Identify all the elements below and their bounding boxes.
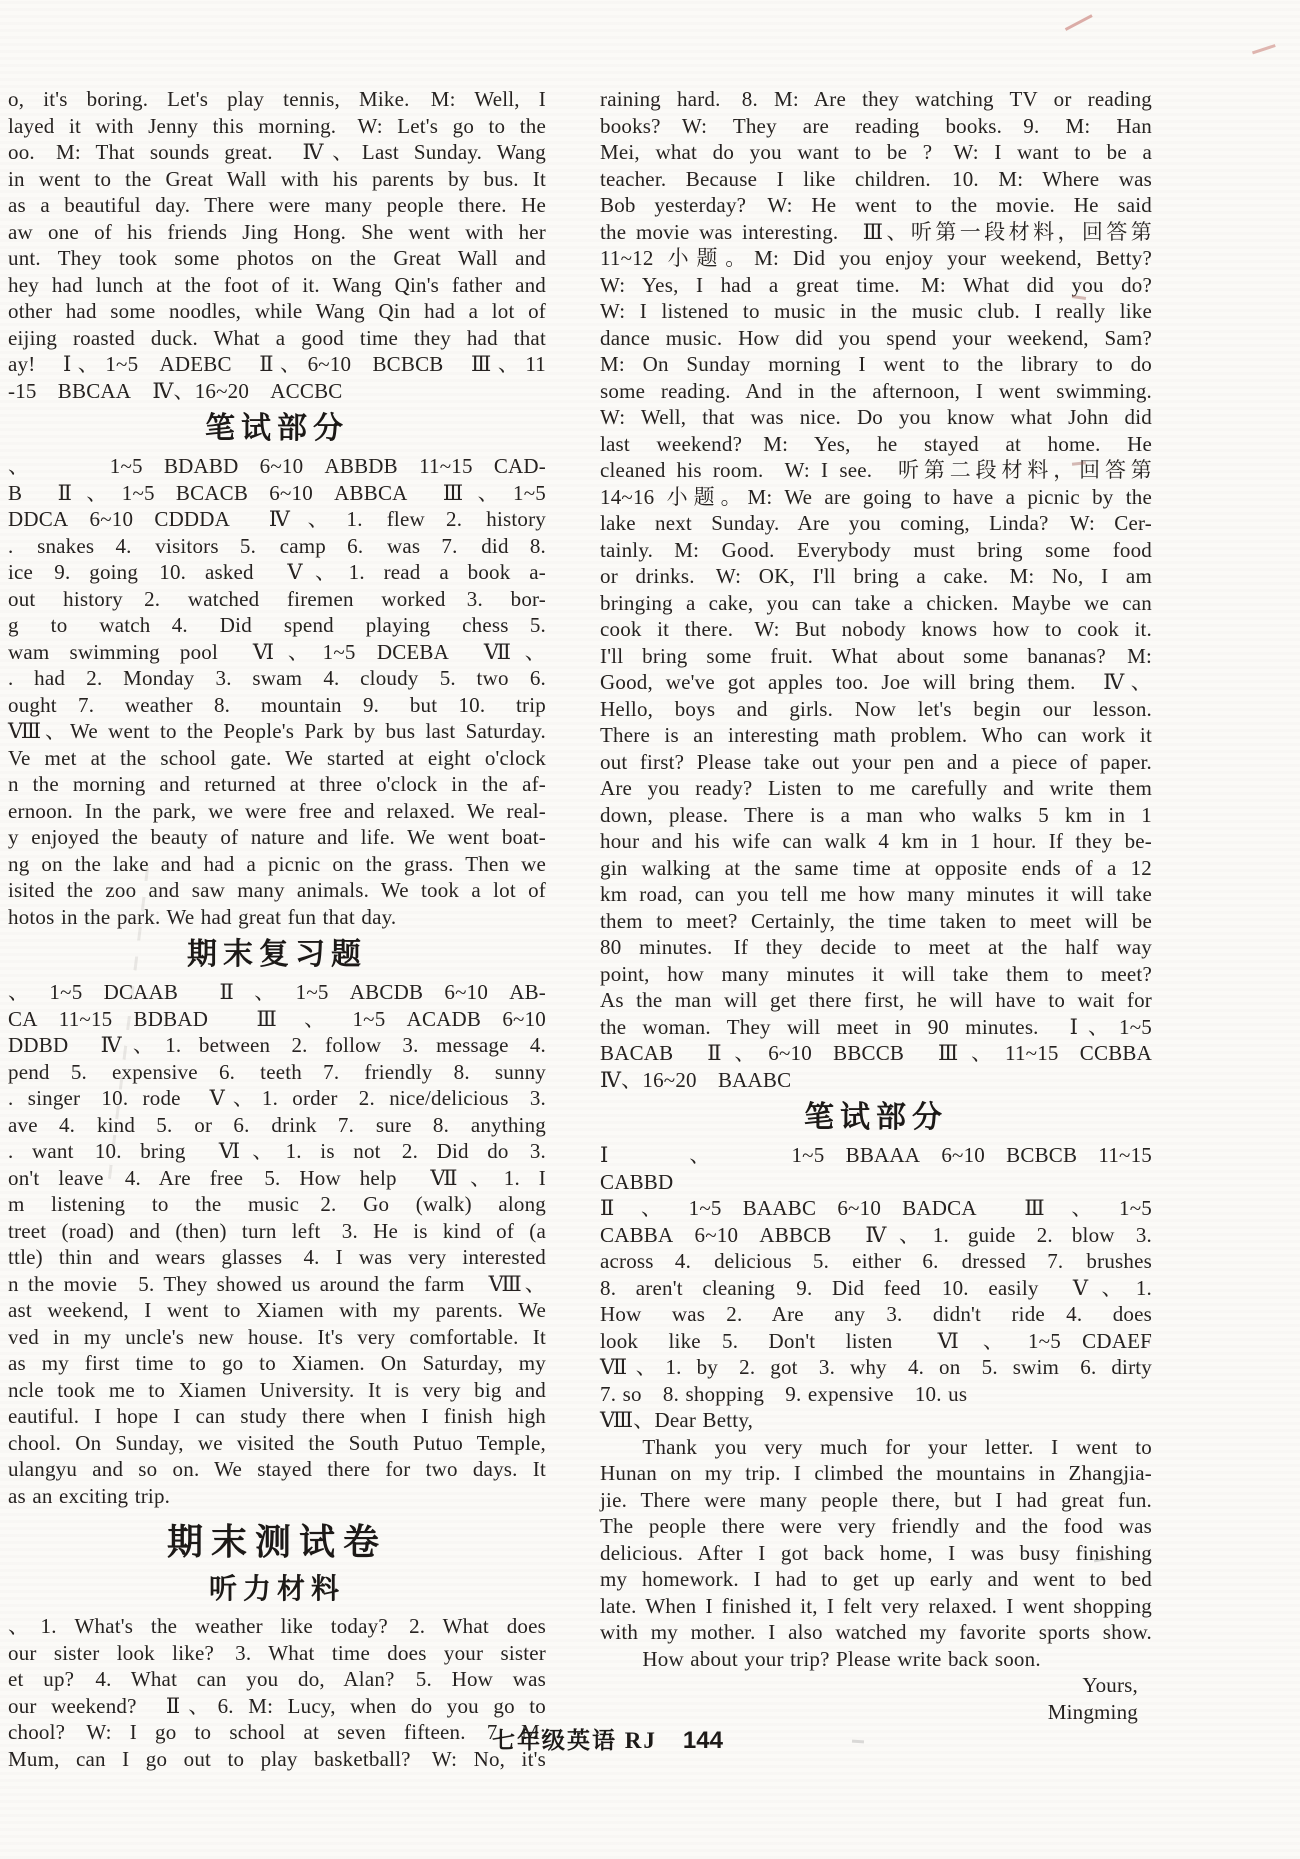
- text-line: cleaned his room. W: I see. 听第二段材料，回答第: [600, 457, 1152, 484]
- text-line: ay! Ⅰ、1~5 ADEBC Ⅱ、6~10 BCBCB Ⅲ、11: [8, 351, 546, 378]
- text-line: isited the zoo and saw many animals. We …: [8, 877, 546, 904]
- text-line: 7. so 8. shopping 9. expensive 10. us: [600, 1381, 1152, 1408]
- text-line: as my first time to go to Xiamen. On Sat…: [8, 1350, 546, 1377]
- text-line: Ⅰ、1~5 BBAAA 6~10 BCBCB 11~15: [600, 1142, 1152, 1169]
- text-line: . had 2. Monday 3. swam 4. cloudy 5. two…: [8, 665, 546, 692]
- text-line: 8. aren't cleaning 9. Did feed 10. easil…: [600, 1275, 1152, 1302]
- text-line: o, it's boring. Let's play tennis, Mike.…: [8, 86, 546, 113]
- text-line: Hunan on my trip. I climbed the mountain…: [600, 1460, 1152, 1487]
- text-line: pend 5. expensive 6. teeth 7. friendly 8…: [8, 1059, 546, 1086]
- text-line: W: Yes, I had a great time. M: What did …: [600, 272, 1152, 299]
- text-line: ncle took me to Xiamen University. It is…: [8, 1377, 546, 1404]
- heading-written-part-1: 笔试部分: [8, 409, 546, 449]
- text-line: some reading. And in the afternoon, I we…: [600, 378, 1152, 405]
- text-line: the woman. They will meet in 90 minutes.…: [600, 1014, 1152, 1041]
- text-line: Bob yesterday? W: He went to the movie. …: [600, 192, 1152, 219]
- text-line: treet (road) and (then) turn left 3. He …: [8, 1218, 546, 1245]
- text-line: M: On Sunday morning I went to the libra…: [600, 351, 1152, 378]
- pen-mark: [1057, 0, 1092, 31]
- text-line: m listening to the music 2. Go (walk) al…: [8, 1191, 546, 1218]
- text-line: B Ⅱ、1~5 BCACB 6~10 ABBCA Ⅲ、1~5: [8, 480, 546, 507]
- text-line: tainly. M: Good. Everybody must bring so…: [600, 537, 1152, 564]
- text-line: ved in my uncle's new house. It's very c…: [8, 1324, 546, 1351]
- text-line: our weekend? Ⅱ、6. M: Lucy, when do you g…: [8, 1693, 546, 1720]
- text-line: DDBD Ⅳ、1. between 2. follow 3. message 4…: [8, 1032, 546, 1059]
- text-line: or drinks. W: OK, I'll bring a cake. M: …: [600, 563, 1152, 590]
- text-line: aw one of his friends Jing Hong. She wen…: [8, 219, 546, 246]
- text-line: DDCA 6~10 CDDDA Ⅳ、1. flew 2. history: [8, 506, 546, 533]
- text-line: as an exciting trip.: [8, 1483, 546, 1510]
- text-line: Hello, boys and girls. Now let's begin o…: [600, 696, 1152, 723]
- text-line: look like 5. Don't listen Ⅵ、1~5 CDAEF: [600, 1328, 1152, 1355]
- text-line: W: I listened to music in the music club…: [600, 298, 1152, 325]
- text-line: across 4. delicious 5. either 6. dressed…: [600, 1248, 1152, 1275]
- text-line: hotos in the park. We had great fun that…: [8, 904, 546, 931]
- text-line: . want 10. bring Ⅵ、1. is not 2. Did do 3…: [8, 1138, 546, 1165]
- text-line: teacher. Because I like children. 10. M:…: [600, 166, 1152, 193]
- text-line: There is an interesting math problem. Wh…: [600, 722, 1152, 749]
- text-line: n the movie 5. They showed us around the…: [8, 1271, 546, 1298]
- text-line: point, how many minutes it will take the…: [600, 961, 1152, 988]
- text-line: the movie was interesting. Ⅲ、听第一段材料，回答第: [600, 219, 1152, 246]
- text-line: Ⅷ、We went to the People's Park by bus la…: [8, 718, 546, 745]
- text-line: -15 BBCAA Ⅳ、16~20 ACCBC: [8, 378, 546, 405]
- text-line: ast weekend, I went to Xiamen with my pa…: [8, 1297, 546, 1324]
- text-line: n the morning and returned at three o'cl…: [8, 771, 546, 798]
- text-line: Ⅱ、1~5 BAABC 6~10 BADCA Ⅲ、1~5: [600, 1195, 1152, 1222]
- text-line: I'll bring some fruit. What about some b…: [600, 643, 1152, 670]
- text-line: ought 7. weather 8. mountain 9. but 10. …: [8, 692, 546, 719]
- text-line: CA 11~15 BDBAD Ⅲ、1~5 ACADB 6~10: [8, 1006, 546, 1033]
- text-line: How was 2. Are any 3. didn't ride 4. doe…: [600, 1301, 1152, 1328]
- pen-mark: [1248, 33, 1275, 55]
- text-line: chool? W: I go to school at seven fiftee…: [8, 1719, 546, 1746]
- heading-listening-material: 听力材料: [8, 1571, 546, 1609]
- text-line: delicious. After I got back home, I was …: [600, 1540, 1152, 1567]
- text-line: CABBA 6~10 ABBCB Ⅳ、1. guide 2. blow 3.: [600, 1222, 1152, 1249]
- heading-final-review: 期末复习题: [8, 935, 546, 975]
- text-line: my homework. I had to get up early and w…: [600, 1566, 1152, 1593]
- text-line: km road, can you tell me how many minute…: [600, 881, 1152, 908]
- text-line: 、1. What's the weather like today? 2. Wh…: [8, 1613, 546, 1640]
- text-line: g to watch 4. Did spend playing chess 5.: [8, 612, 546, 639]
- text-line: 11~12 小题。M: Did you enjoy your weekend, …: [600, 245, 1152, 272]
- text-line: other had some noodles, while Wang Qin h…: [8, 298, 546, 325]
- text-line: ice 9. going 10. asked Ⅴ、1. read a book …: [8, 559, 546, 586]
- page-footer: 七年级英语 RJ 144: [492, 1722, 723, 1755]
- text-line: Mum, can I go out to play basketball? W:…: [8, 1746, 546, 1773]
- text-line: on't leave 4. Are free 5. How help Ⅶ、1. …: [8, 1165, 546, 1192]
- text-line: layed it with Jenny this morning. W: Let…: [8, 113, 546, 140]
- text-line: Ⅳ、16~20 BAABC: [600, 1067, 1152, 1094]
- left-text-column: o, it's boring. Let's play tennis, Mike.…: [8, 86, 546, 1772]
- text-line: wam swimming pool Ⅵ、1~5 DCEBA Ⅶ、: [8, 639, 546, 666]
- text-line: Mei, what do you want to be ? W: I want …: [600, 139, 1152, 166]
- text-line: last weekend? M: Yes, he stayed at home.…: [600, 431, 1152, 458]
- text-line: How about your trip? Please write back s…: [600, 1646, 1152, 1673]
- text-line: lake next Sunday. Are you coming, Linda?…: [600, 510, 1152, 537]
- text-line: late. When I finished it, I felt very re…: [600, 1593, 1152, 1620]
- text-line: chool. On Sunday, we visited the South P…: [8, 1430, 546, 1457]
- text-line: jie. There were many people there, but I…: [600, 1487, 1152, 1514]
- text-line: cook it there. W: But nobody knows how t…: [600, 616, 1152, 643]
- text-line: raining hard. 8. M: Are they watching TV…: [600, 86, 1152, 113]
- text-line: 、1~5 DCAAB Ⅱ、1~5 ABCDB 6~10 AB-: [8, 979, 546, 1006]
- text-line: . singer 10. rode Ⅴ、1. order 2. nice/del…: [8, 1085, 546, 1112]
- pen-mark: [852, 1740, 864, 1744]
- text-line: et up? 4. What can you do, Alan? 5. How …: [8, 1666, 546, 1693]
- text-line: bringing a cake, you can take a chicken.…: [600, 590, 1152, 617]
- text-line: unt. They took some photos on the Great …: [8, 245, 546, 272]
- text-line: dance music. How did you spend your week…: [600, 325, 1152, 352]
- heading-written-part-2: 笔试部分: [600, 1098, 1152, 1138]
- text-line: hour and his wife can walk 4 km in 1 hou…: [600, 828, 1152, 855]
- text-line: our sister look like? 3. What time does …: [8, 1640, 546, 1667]
- text-line: ernoon. In the park, we were free and re…: [8, 798, 546, 825]
- text-line: y enjoyed the beauty of nature and life.…: [8, 824, 546, 851]
- text-line: . snakes 4. visitors 5. camp 6. was 7. d…: [8, 533, 546, 560]
- text-line: them to meet? Certainly, the time taken …: [600, 908, 1152, 935]
- text-line: with my mother. I also watched my favori…: [600, 1619, 1152, 1646]
- text-line: BACAB Ⅱ、6~10 BBCCB Ⅲ、11~15 CCBBA: [600, 1040, 1152, 1067]
- text-line: 80 minutes. If they decide to meet at th…: [600, 934, 1152, 961]
- text-line: As the man will get there first, he will…: [600, 987, 1152, 1014]
- text-line: as a beautiful day. There were many peop…: [8, 192, 546, 219]
- text-line: Are you ready? Listen to me carefully an…: [600, 775, 1152, 802]
- text-line: down, please. There is a man who walks 5…: [600, 802, 1152, 829]
- text-line: hey had lunch at the foot of it. Wang Qi…: [8, 272, 546, 299]
- text-line: CABBD: [600, 1169, 1152, 1196]
- text-line: eijing roasted duck. What a good time th…: [8, 325, 546, 352]
- text-line: ng on the lake and had a picnic on the g…: [8, 851, 546, 878]
- text-line: oo. M: That sounds great. Ⅳ、Last Sunday.…: [8, 139, 546, 166]
- text-line: Yours,: [600, 1672, 1152, 1699]
- text-line: The people there were very friendly and …: [600, 1513, 1152, 1540]
- text-line: 、1~5 BDABD 6~10 ABBDB 11~15 CAD-: [8, 453, 546, 480]
- text-line: gin walking at the same time at opposite…: [600, 855, 1152, 882]
- text-line: 14~16 小题。M: We are going to have a picni…: [600, 484, 1152, 511]
- scanned-answer-key-page: o, it's boring. Let's play tennis, Mike.…: [0, 0, 1300, 1859]
- page-number: 144: [683, 1727, 723, 1755]
- book-title-label: 七年级英语 RJ: [492, 1722, 657, 1755]
- text-line: W: Well, that was nice. Do you know what…: [600, 404, 1152, 431]
- heading-final-test: 期末测试卷: [8, 1517, 546, 1567]
- text-line: Ⅶ、1. by 2. got 3. why 4. on 5. swim 6. d…: [600, 1354, 1152, 1381]
- text-line: out history 2. watched firemen worked 3.…: [8, 586, 546, 613]
- text-line: ulangyu and so on. We stayed there for t…: [8, 1456, 546, 1483]
- text-line: in went to the Great Wall with his paren…: [8, 166, 546, 193]
- right-text-column: raining hard. 8. M: Are they watching TV…: [600, 86, 1152, 1725]
- text-line: Ve met at the school gate. We started at…: [8, 745, 546, 772]
- text-line: eautiful. I hope I can study there when …: [8, 1403, 546, 1430]
- text-line: out first? Please take out your pen and …: [600, 749, 1152, 776]
- text-line: ttle) thin and wears glasses 4. I was ve…: [8, 1244, 546, 1271]
- text-line: books? W: They are reading books. 9. M: …: [600, 113, 1152, 140]
- text-line: Ⅷ、Dear Betty,: [600, 1407, 1152, 1434]
- text-line: Good, we've got apples too. Joe will bri…: [600, 669, 1152, 696]
- text-line: ave 4. kind 5. or 6. drink 7. sure 8. an…: [8, 1112, 546, 1139]
- text-line: Thank you very much for your letter. I w…: [600, 1434, 1152, 1461]
